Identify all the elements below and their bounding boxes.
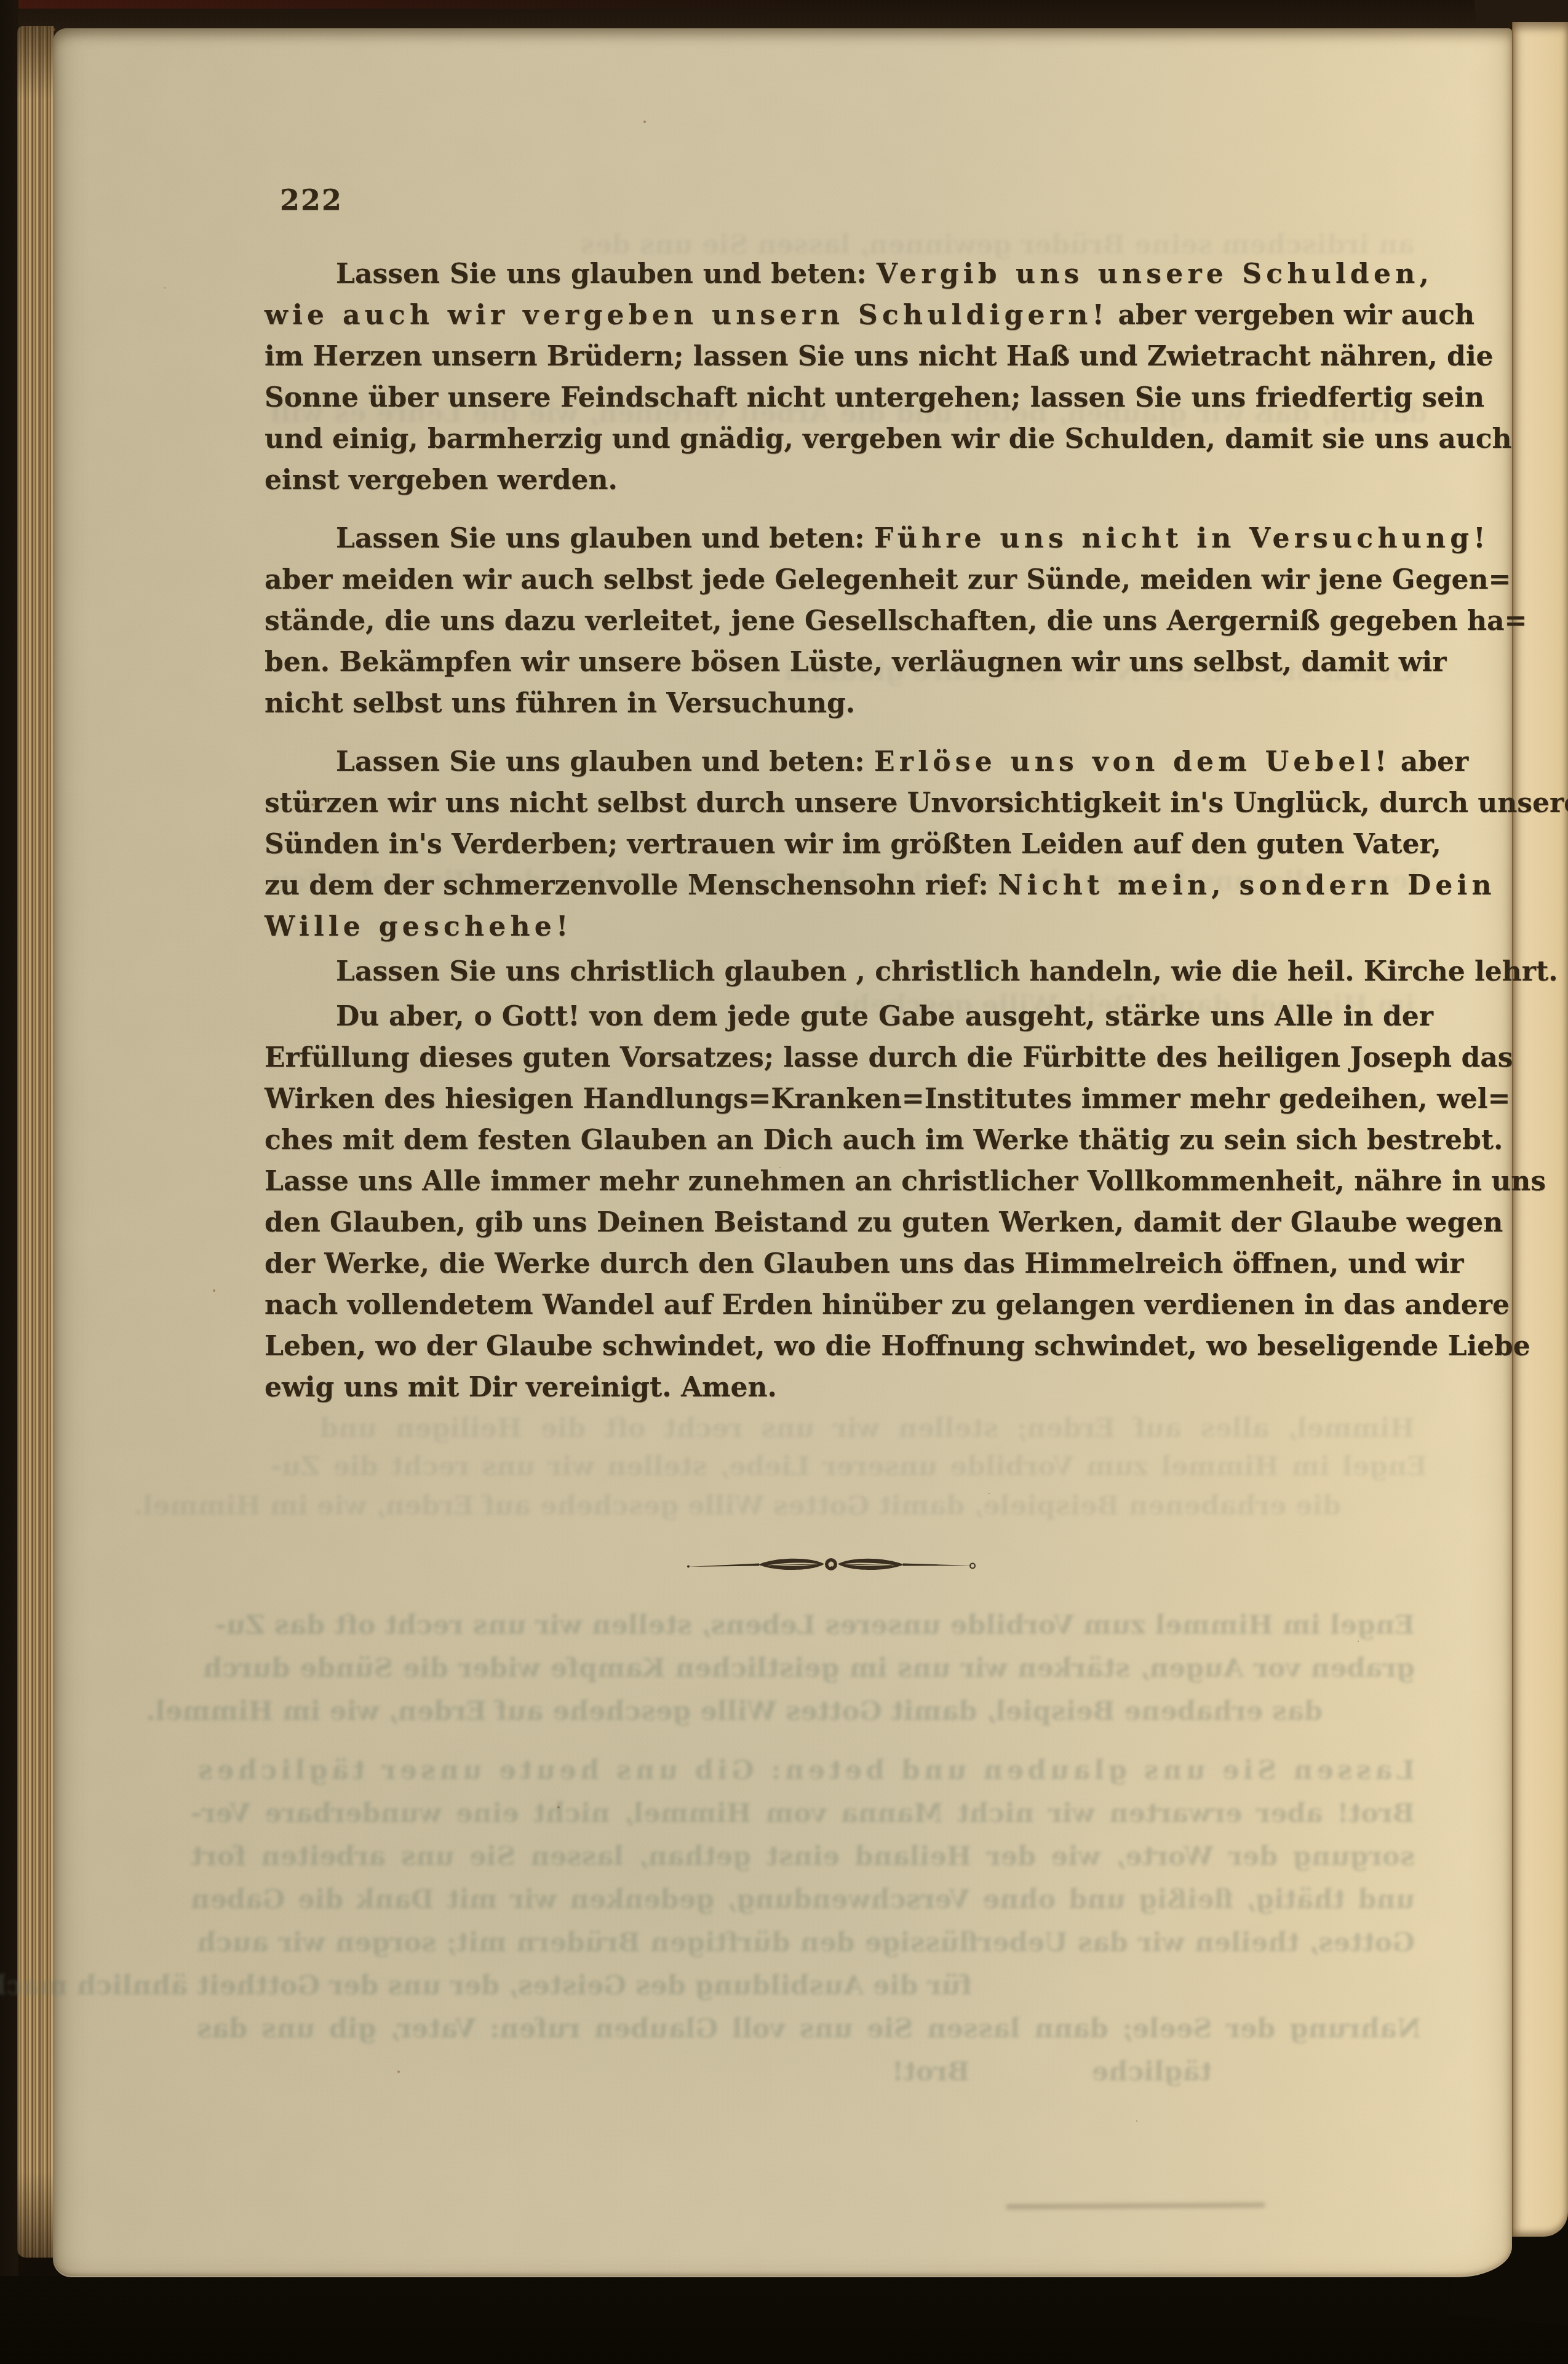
text-line: Lassen Sie uns glauben und beten: Führe … <box>265 518 1433 559</box>
text-run: der Werke, die Werke durch den Glauben u… <box>265 1248 1463 1280</box>
text-run: aber <box>1391 746 1468 778</box>
text-line: Wille geschehe! <box>265 906 1433 947</box>
bleedthrough-line: Nahrung der Seele; dann lassen Sie uns v… <box>197 2010 1421 2047</box>
paragraph: Du aber, o Gott! von dem jede gute Gabe … <box>265 996 1433 1408</box>
bleedthrough-line: Gottes, theilen wir das Ueberflüssige de… <box>197 1924 1415 1961</box>
text-run: Lassen Sie uns glauben und beten: <box>336 258 877 290</box>
text-run: aber meiden wir auch selbst jede Gelegen… <box>265 564 1511 595</box>
bleedthrough-line: das erhabene Beispiel, damit Gottes Will… <box>203 1693 1323 1730</box>
text-line: Sonne über unsere Feindschaft nicht unte… <box>265 377 1433 418</box>
text-run: Erfüllung dieses guten Vorsatzes; lasse … <box>265 1042 1513 1073</box>
text-line: im Herzen unsern Brüdern; lassen Sie uns… <box>265 336 1433 377</box>
text-run: nicht selbst uns führen in Versuchung. <box>265 688 855 719</box>
smudge-mark <box>1006 2203 1265 2210</box>
text-line: stürzen wir uns nicht selbst durch unser… <box>265 782 1433 824</box>
text-block: Lassen Sie uns glauben und beten: Vergib… <box>265 253 1433 1408</box>
letterspaced-phrase: Vergib uns unsere Schulden, <box>877 258 1433 290</box>
letterspaced-phrase: wie auch wir vergeben unsern Schuldigern… <box>265 300 1108 331</box>
letterspaced-phrase: Nicht mein, sondern Dein <box>998 870 1496 901</box>
background-left <box>0 0 18 2364</box>
bleedthrough-line: Lassen Sie uns glauben und beten: Gib un… <box>258 1752 1415 1789</box>
page: an irdischem seine Brüder gewinnen, lass… <box>53 28 1512 2277</box>
text-line: Lassen Sie uns glauben und beten: Vergib… <box>265 253 1433 295</box>
text-line: Lassen Sie uns christlich glauben , chri… <box>265 951 1433 992</box>
text-run: Wirken des hiesigen Handlungs=Kranken=In… <box>265 1083 1510 1115</box>
bleedthrough-line: graben vor Augen, stärken wir uns im gei… <box>203 1650 1415 1687</box>
text-run: den Glauben, gib uns Deinen Beistand zu … <box>265 1207 1503 1238</box>
text-run: Lassen Sie uns glauben und beten: <box>336 523 874 554</box>
text-line: Leben, wo der Glaube schwindet, wo die H… <box>265 1326 1433 1367</box>
text-run: im Herzen unsern Brüdern; lassen Sie uns… <box>265 341 1494 372</box>
text-line: Sünden in's Verderben; vertrauen wir im … <box>265 824 1433 865</box>
background-bottom <box>0 2276 1568 2364</box>
text-run: Lasse uns Alle immer mehr zunehmen an ch… <box>265 1166 1546 1197</box>
text-run: aber vergeben wir auch <box>1108 300 1474 331</box>
foxing-specks <box>53 28 55 31</box>
text-line: aber meiden wir auch selbst jede Gelegen… <box>265 559 1433 600</box>
text-line: ewig uns mit Dir vereinigt. Amen. <box>265 1367 1433 1408</box>
bleedthrough-line: Engel im Himmel zum Vorbilde unseres Leb… <box>215 1607 1415 1644</box>
text-line: Du aber, o Gott! von dem jede gute Gabe … <box>265 996 1433 1037</box>
text-line: einst vergeben werden. <box>265 460 1433 501</box>
paragraph: Lassen Sie uns glauben und beten: Erlöse… <box>265 741 1433 947</box>
bleedthrough-line: die erhabenen Beispiele, damit Gottes Wi… <box>271 1487 1341 1524</box>
divider-ornament <box>686 1553 976 1578</box>
bleedthrough-line: und thätig, fleißig und ohne Verschwendu… <box>191 1881 1415 1918</box>
text-line: stände, die uns dazu verleitet, jene Ges… <box>265 600 1433 642</box>
text-run: stände, die uns dazu verleitet, jene Ges… <box>265 605 1527 637</box>
text-line: nach vollendetem Wandel auf Erden hinübe… <box>265 1284 1433 1326</box>
page-edge-stack <box>17 26 54 2258</box>
text-run: stürzen wir uns nicht selbst durch unser… <box>265 787 1568 819</box>
bleedthrough-line: sorgung der Worte, wie der Heiland einst… <box>191 1838 1415 1875</box>
text-run: ches mit dem festen Glauben an Dich auch… <box>265 1124 1503 1156</box>
text-line: Lassen Sie uns glauben und beten: Erlöse… <box>265 741 1433 782</box>
text-line: den Glauben, gib uns Deinen Beistand zu … <box>265 1202 1433 1243</box>
bleedthrough-line: Engel im Himmel zum Vorbilde unserer Lie… <box>271 1448 1427 1485</box>
text-line: zu dem der schmerzenvolle Menschensohn r… <box>265 865 1433 906</box>
text-line: und einig, barmherzig und gnädig, vergeb… <box>265 418 1433 460</box>
text-run: einst vergeben werden. <box>265 464 618 496</box>
letterspaced-phrase: Erlöse uns von dem Uebel! <box>874 746 1391 778</box>
bleedthrough-line: für die Ausbildung des Geistes, der uns … <box>203 1967 972 2004</box>
text-run: Sonne über unsere Feindschaft nicht unte… <box>265 382 1484 413</box>
paragraph: Lassen Sie uns christlich glauben , chri… <box>265 951 1433 992</box>
text-line: nicht selbst uns führen in Versuchung. <box>265 683 1433 724</box>
text-line: der Werke, die Werke durch den Glauben u… <box>265 1243 1433 1284</box>
background-top-red-tint <box>0 0 861 9</box>
letterspaced-phrase: Führe uns nicht in Versuchung! <box>874 523 1490 554</box>
text-run: ben. Bekämpfen wir unsere bösen Lüste, v… <box>265 647 1446 678</box>
bleedthrough-line: tägliche Brot! <box>892 2053 1212 2090</box>
letterspaced-phrase: Wille geschehe! <box>265 911 573 942</box>
text-run: Leben, wo der Glaube schwindet, wo die H… <box>265 1331 1530 1362</box>
text-line: ches mit dem festen Glauben an Dich auch… <box>265 1120 1433 1161</box>
paragraph: Lassen Sie uns glauben und beten: Führe … <box>265 518 1433 724</box>
text-run: Lassen Sie uns glauben und beten: <box>336 746 874 778</box>
text-line: Erfüllung dieses guten Vorsatzes; lasse … <box>265 1037 1433 1078</box>
text-run: nach vollendetem Wandel auf Erden hinübe… <box>265 1289 1510 1321</box>
text-run: ewig uns mit Dir vereinigt. Amen. <box>265 1372 777 1403</box>
text-line: Lasse uns Alle immer mehr zunehmen an ch… <box>265 1161 1433 1202</box>
page-number: 222 <box>280 183 343 217</box>
text-run: und einig, barmherzig und gnädig, vergeb… <box>265 423 1512 455</box>
bleedthrough-line: Himmel, alles auf Erden; stellen wir uns… <box>320 1410 1415 1447</box>
adjacent-page-edge <box>1512 22 1568 2237</box>
text-run: Lassen Sie uns christlich glauben , chri… <box>336 956 1558 987</box>
text-run: Du aber, o Gott! von dem jede gute Gabe … <box>336 1001 1433 1032</box>
book-scan-photo: { "page": { "number": "222" }, "paragrap… <box>0 0 1568 2364</box>
text-line: Wirken des hiesigen Handlungs=Kranken=In… <box>265 1078 1433 1120</box>
text-run: Sünden in's Verderben; vertrauen wir im … <box>265 829 1441 860</box>
text-line: ben. Bekämpfen wir unsere bösen Lüste, v… <box>265 642 1433 683</box>
text-run: zu dem der schmerzenvolle Menschensohn r… <box>265 870 998 901</box>
text-line: wie auch wir vergeben unsern Schuldigern… <box>265 295 1433 336</box>
bleedthrough-line: Brot! aber erwarten wir nicht Manna vom … <box>191 1795 1415 1832</box>
paragraph: Lassen Sie uns glauben und beten: Vergib… <box>265 253 1433 501</box>
